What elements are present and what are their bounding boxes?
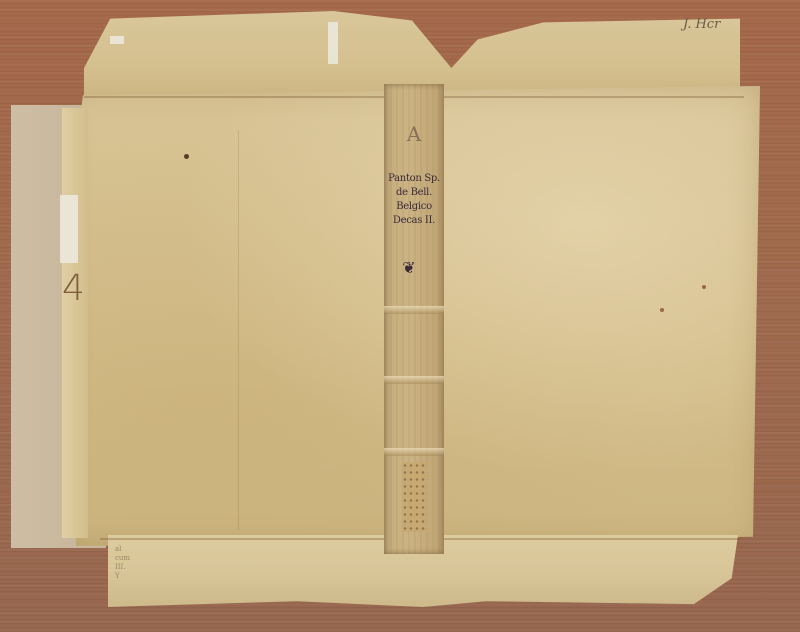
spine-title-line: Decas II. [384,214,444,228]
book-spine: A Panton Sp. de Bell. Belgico Decas II. … [384,84,444,554]
spine-band [384,306,444,314]
shelf-mark: al cum III. Y [115,545,135,581]
spine-band [384,448,444,456]
spine-title-line: Panton Sp. [384,172,444,186]
stain-spot [702,285,706,289]
spine-top-mark: A [394,122,434,162]
spine-title: Panton Sp. de Bell. Belgico Decas II. [384,172,444,228]
shelf-mark-line: III. [115,563,135,572]
shelf-mark-line: cum [115,554,135,563]
spine-title-line: Belgico [384,200,444,214]
spine-band [384,376,444,384]
tape-fragment [60,195,78,263]
ink-spot [184,154,189,159]
shelf-mark-line: Y [115,572,135,581]
shelf-mark-line: al [115,545,135,554]
corner-inscription: J. Hcr [683,17,720,32]
tape-fragment [110,36,124,44]
cover-number: 4 [62,268,85,309]
ruling-line [238,130,239,530]
tape-fragment [328,22,338,64]
vellum-left-turn-in [62,108,88,538]
spine-worn-patch [402,462,428,532]
spine-ornament-icon: ❦ [398,256,420,280]
stain-spot [660,308,664,312]
spine-title-line: de Bell. [384,186,444,200]
